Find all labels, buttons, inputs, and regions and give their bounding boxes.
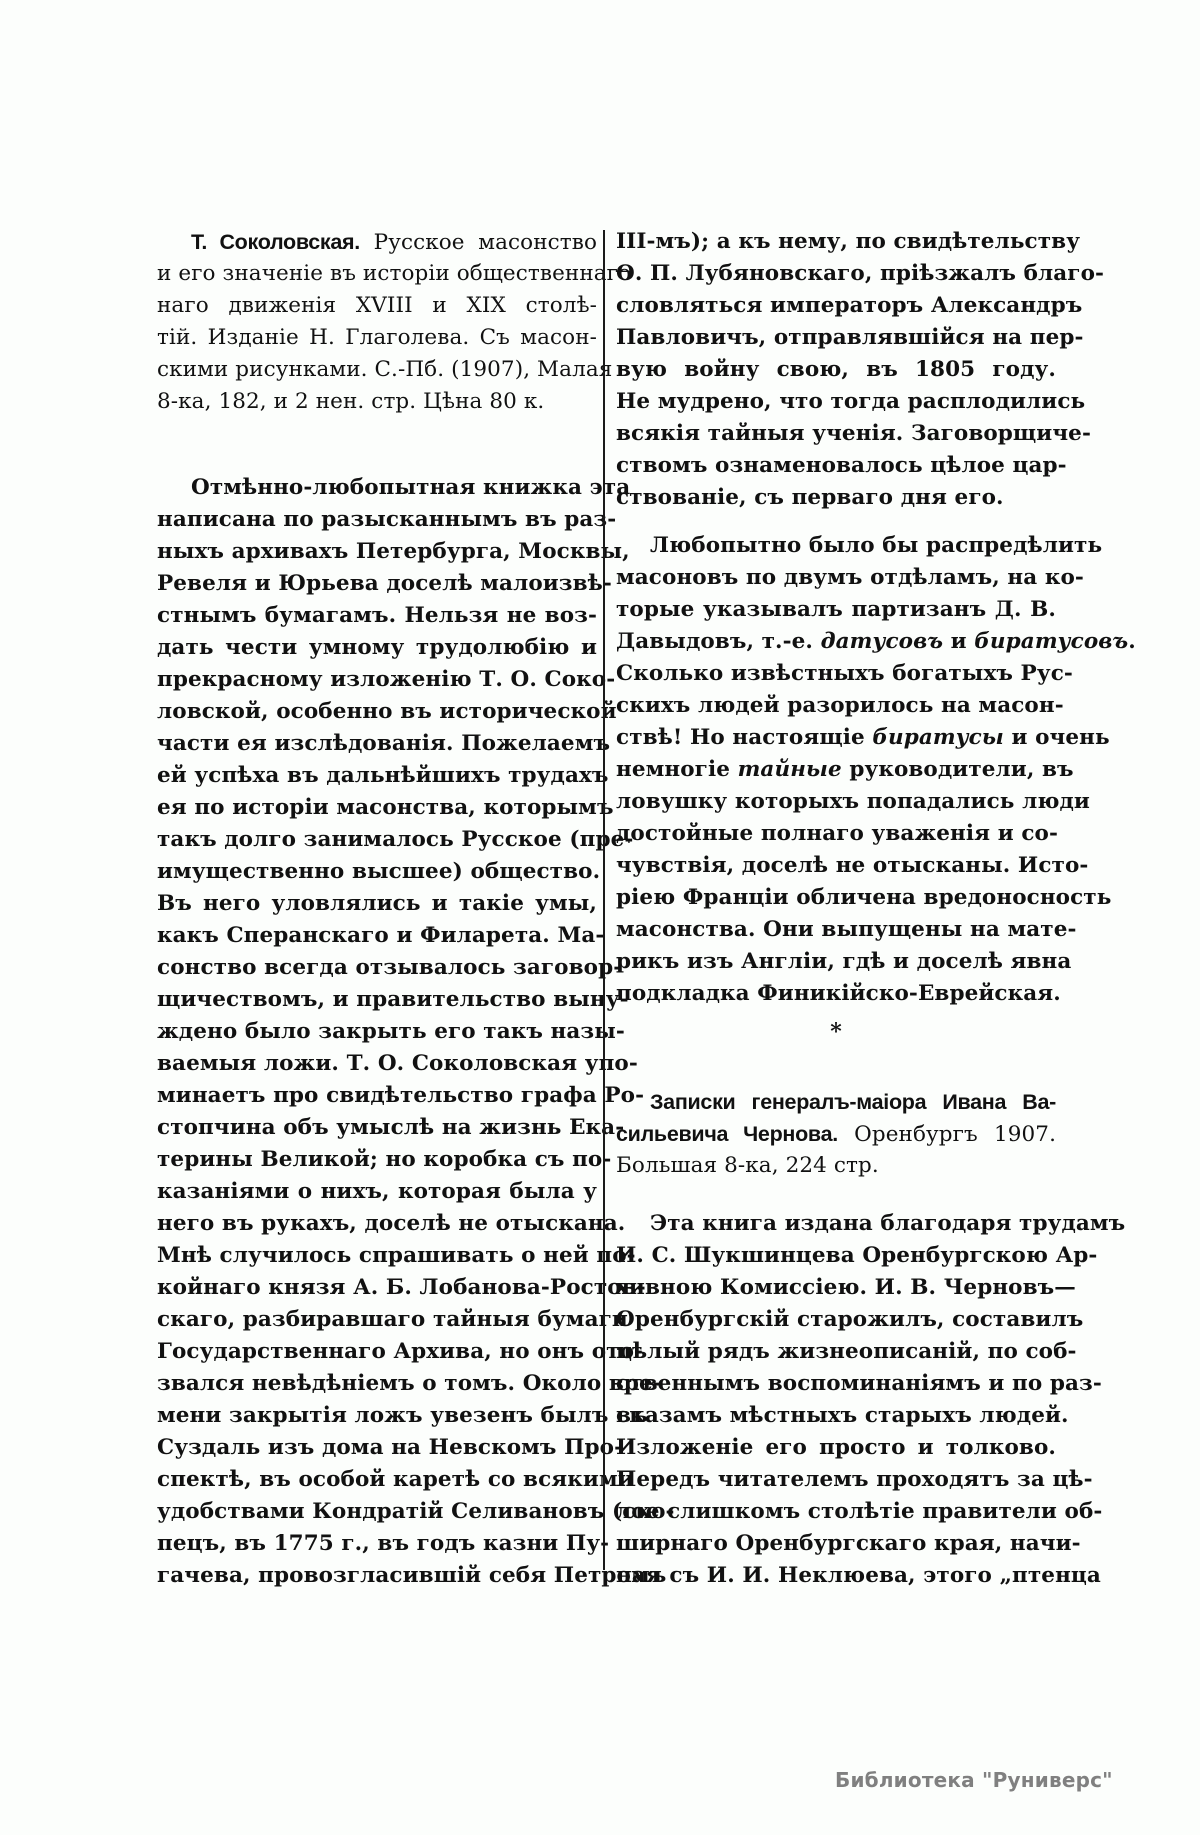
text-run: и очень	[1004, 725, 1110, 750]
spacer	[616, 1182, 1056, 1208]
body-line: койнаго князя А. Б. Лобанова-Ростов-	[157, 1272, 597, 1304]
body-line: подкладка Финикійско-Еврейская.	[616, 978, 1056, 1010]
italic-term: тайные	[738, 757, 842, 782]
body-line: Изложеніе его просто и толково.	[616, 1432, 1056, 1464]
body-line: Въ него уловлялись и такіе умы,	[157, 888, 597, 920]
body-line: Отмѣнно-любопытная книжка эта	[157, 472, 597, 504]
review-body-sokolovskaya: Отмѣнно-любопытная книжка эта написана п…	[157, 472, 597, 1592]
body-line: ріею Франціи обличена вредоносность	[616, 882, 1056, 914]
body-line: Сколько извѣстныхъ богатыхъ Рус-	[616, 658, 1056, 690]
body-line: удобствами Кондратій Селивановъ (ско-	[157, 1496, 597, 1528]
italic-term: биратусы	[872, 725, 1004, 750]
review-heading-chernov: Записки генералъ-маіора Ивана Ва- сильев…	[616, 1086, 1056, 1182]
body-line: написана по разысканнымъ въ раз-	[157, 504, 597, 536]
text-run: .	[1128, 629, 1136, 654]
body-line: III-мъ); а къ нему, по свидѣтельству	[616, 226, 1056, 258]
body-line: торые указывалъ партизанъ Д. В.	[616, 594, 1056, 626]
body-line: ныхъ архивахъ Петербурга, Москвы,	[157, 536, 597, 568]
body-line: ствѣ! Но настоящіе биратусы и очень	[616, 722, 1056, 754]
body-line: спектѣ, въ особой каретѣ со всякими	[157, 1464, 597, 1496]
body-line: скаго, разбиравшаго тайныя бумаги	[157, 1304, 597, 1336]
body-line: ваемыя ложи. Т. О. Соколовская упо-	[157, 1048, 597, 1080]
heading-line: скими рисунками. С.-Пб. (1907), Малая	[157, 354, 597, 386]
body-line: ловской, особенно въ исторической	[157, 696, 597, 728]
body-line: Павловичъ, отправлявшійся на пер-	[616, 322, 1056, 354]
review-body-chernov: Эта книга издана благодаря трудамъ И. С.…	[616, 1208, 1056, 1592]
body-line: казаніями о нихъ, которая была у	[157, 1176, 597, 1208]
publication-info: Оренбургъ 1907.	[838, 1122, 1056, 1147]
body-line: Передъ читателемъ проходятъ за цѣ-	[616, 1464, 1056, 1496]
review-title-line: сильевича Чернова. Оренбургъ 1907.	[616, 1118, 1056, 1150]
body-line: достойные полнаго уваженія и со-	[616, 818, 1056, 850]
continuation-paragraph: III-мъ); а къ нему, по свидѣтельству Ѳ. …	[616, 226, 1056, 514]
column-divider	[603, 230, 605, 1570]
body-line: лое слишкомъ столѣтіе правители об-	[616, 1496, 1056, 1528]
body-line: Не мудрено, что тогда расплодились	[616, 386, 1056, 418]
scanned-page: Т. Соколовская. Русское масонство и его …	[0, 0, 1200, 1835]
body-line: всякія тайныя ученія. Заговорщиче-	[616, 418, 1056, 450]
body-line: Государственнаго Архива, но онъ ото-	[157, 1336, 597, 1368]
body-line: сказамъ мѣстныхъ старыхъ людей.	[616, 1400, 1056, 1432]
body-line: пецъ, въ 1775 г., въ годъ казни Пу-	[157, 1528, 597, 1560]
spacer	[616, 514, 1056, 530]
text-run: и	[943, 629, 974, 654]
text-run: Давыдовъ, т.-е.	[616, 629, 821, 654]
spacer	[157, 418, 597, 472]
body-line: Давыдовъ, т.-е. датусовъ и биратусовъ.	[616, 626, 1056, 658]
body-line: рикъ изъ Англіи, гдѣ и доселѣ явна	[616, 946, 1056, 978]
body-line: сонство всегда отзывалось заговор-	[157, 952, 597, 984]
body-line: словляться императоръ Александръ	[616, 290, 1056, 322]
body-line: И. С. Шукшинцева Оренбургскою Ар-	[616, 1240, 1056, 1272]
italic-term: биратусовъ	[974, 629, 1128, 654]
body-line: скихъ людей разорилось на масон-	[616, 690, 1056, 722]
body-line: стопчина объ умыслѣ на жизнь Ека-	[157, 1112, 597, 1144]
review-author: Т. Соколовская.	[191, 230, 360, 254]
body-line: ственнымъ воспоминаніямъ и по раз-	[616, 1368, 1056, 1400]
body-line: терины Великой; но коробка съ по-	[157, 1144, 597, 1176]
body-line: Ревеля и Юрьева доселѣ малоизвѣ-	[157, 568, 597, 600]
review-title-line: Записки генералъ-маіора Ивана Ва-	[616, 1086, 1056, 1118]
body-line: части ея изслѣдованія. Пожелаемъ	[157, 728, 597, 760]
body-line: Оренбургскій старожилъ, составилъ	[616, 1304, 1056, 1336]
body-line: ствомъ ознаменовалось цѣлое цар-	[616, 450, 1056, 482]
heading-line: и его значеніе въ исторіи общественнаго	[157, 258, 597, 290]
body-line: него въ рукахъ, доселѣ не отыскана.	[157, 1208, 597, 1240]
paragraph-masons: Любопытно было бы распредѣлить масоновъ …	[616, 530, 1056, 1010]
body-line: стнымъ бумагамъ. Нельзя не воз-	[157, 600, 597, 632]
body-line: щичествомъ, и правительство выну-	[157, 984, 597, 1016]
publication-info: Большая 8-ка, 224 стр.	[616, 1150, 1056, 1182]
heading-line: 8-ка, 182, и 2 нен. стр. Цѣна 80 к.	[157, 386, 597, 418]
body-line: Любопытно было бы распредѣлить	[616, 530, 1056, 562]
body-line: ей успѣха въ дальнѣйшихъ трудахъ	[157, 760, 597, 792]
text-run: ствѣ! Но настоящіе	[616, 725, 872, 750]
body-line: ждено было закрыть его такъ назы-	[157, 1016, 597, 1048]
section-separator-asterisk: *	[616, 1016, 1056, 1048]
left-column: Т. Соколовская. Русское масонство и его …	[157, 226, 597, 1592]
body-line: звался невѣдѣніемъ о томъ. Около вре-	[157, 1368, 597, 1400]
body-line: ея по исторіи масонства, которымъ	[157, 792, 597, 824]
heading-line: Русское масонство	[374, 230, 597, 255]
heading-line: наго движенія XVIII и XIX столѣ-	[157, 290, 597, 322]
body-line: Эта книга издана благодаря трудамъ	[616, 1208, 1056, 1240]
library-watermark: Библиотека "Руниверс"	[835, 1768, 1113, 1792]
body-line: дать чести умному трудолюбію и	[157, 632, 597, 664]
body-line: ловушку которыхъ попадались люди	[616, 786, 1056, 818]
body-line: ширнаго Оренбургскаго края, начи-	[616, 1528, 1056, 1560]
body-line: мени закрытія ложъ увезенъ былъ въ	[157, 1400, 597, 1432]
body-line: такъ долго занималось Русское (пре-	[157, 824, 597, 856]
body-line: имущественно высшее) общество.	[157, 856, 597, 888]
italic-term: датусовъ	[821, 629, 943, 654]
body-line: гачева, провозгласившій себя Петромъ	[157, 1560, 597, 1592]
heading-line: тій. Изданіе Н. Глаголева. Съ масон-	[157, 322, 597, 354]
body-line: ствованіе, съ перваго дня его.	[616, 482, 1056, 514]
body-line: Мнѣ случилось спрашивать о ней по-	[157, 1240, 597, 1272]
body-line: Ѳ. П. Лубяновскаго, пріѣзжалъ благо-	[616, 258, 1056, 290]
text-run: немногіе	[616, 757, 738, 782]
right-column: III-мъ); а къ нему, по свидѣтельству Ѳ. …	[616, 226, 1056, 1592]
body-line: хивною Комиссіею. И. В. Черновъ—	[616, 1272, 1056, 1304]
review-heading-sokolovskaya: Т. Соколовская. Русское масонство и его …	[157, 226, 597, 418]
review-title-bold: сильевича Чернова.	[616, 1122, 838, 1146]
body-line: Суздаль изъ дома на Невскомъ Про-	[157, 1432, 597, 1464]
body-line: прекрасному изложенію Т. О. Соко-	[157, 664, 597, 696]
body-line: масонства. Они выпущены на мате-	[616, 914, 1056, 946]
body-line: масоновъ по двумъ отдѣламъ, на ко-	[616, 562, 1056, 594]
body-line: чувствія, доселѣ не отысканы. Исто-	[616, 850, 1056, 882]
body-line: немногіе тайные руководители, въ	[616, 754, 1056, 786]
body-line: какъ Сперанскаго и Филарета. Ма-	[157, 920, 597, 952]
body-line: вую войну свою, въ 1805 году.	[616, 354, 1056, 386]
body-line: ная съ И. И. Неклюева, этого „птенца	[616, 1560, 1056, 1592]
text-run: руководители, въ	[842, 757, 1074, 782]
body-line: цѣлый рядъ жизнеописаній, по соб-	[616, 1336, 1056, 1368]
body-line: минаетъ про свидѣтельство графа Ро-	[157, 1080, 597, 1112]
